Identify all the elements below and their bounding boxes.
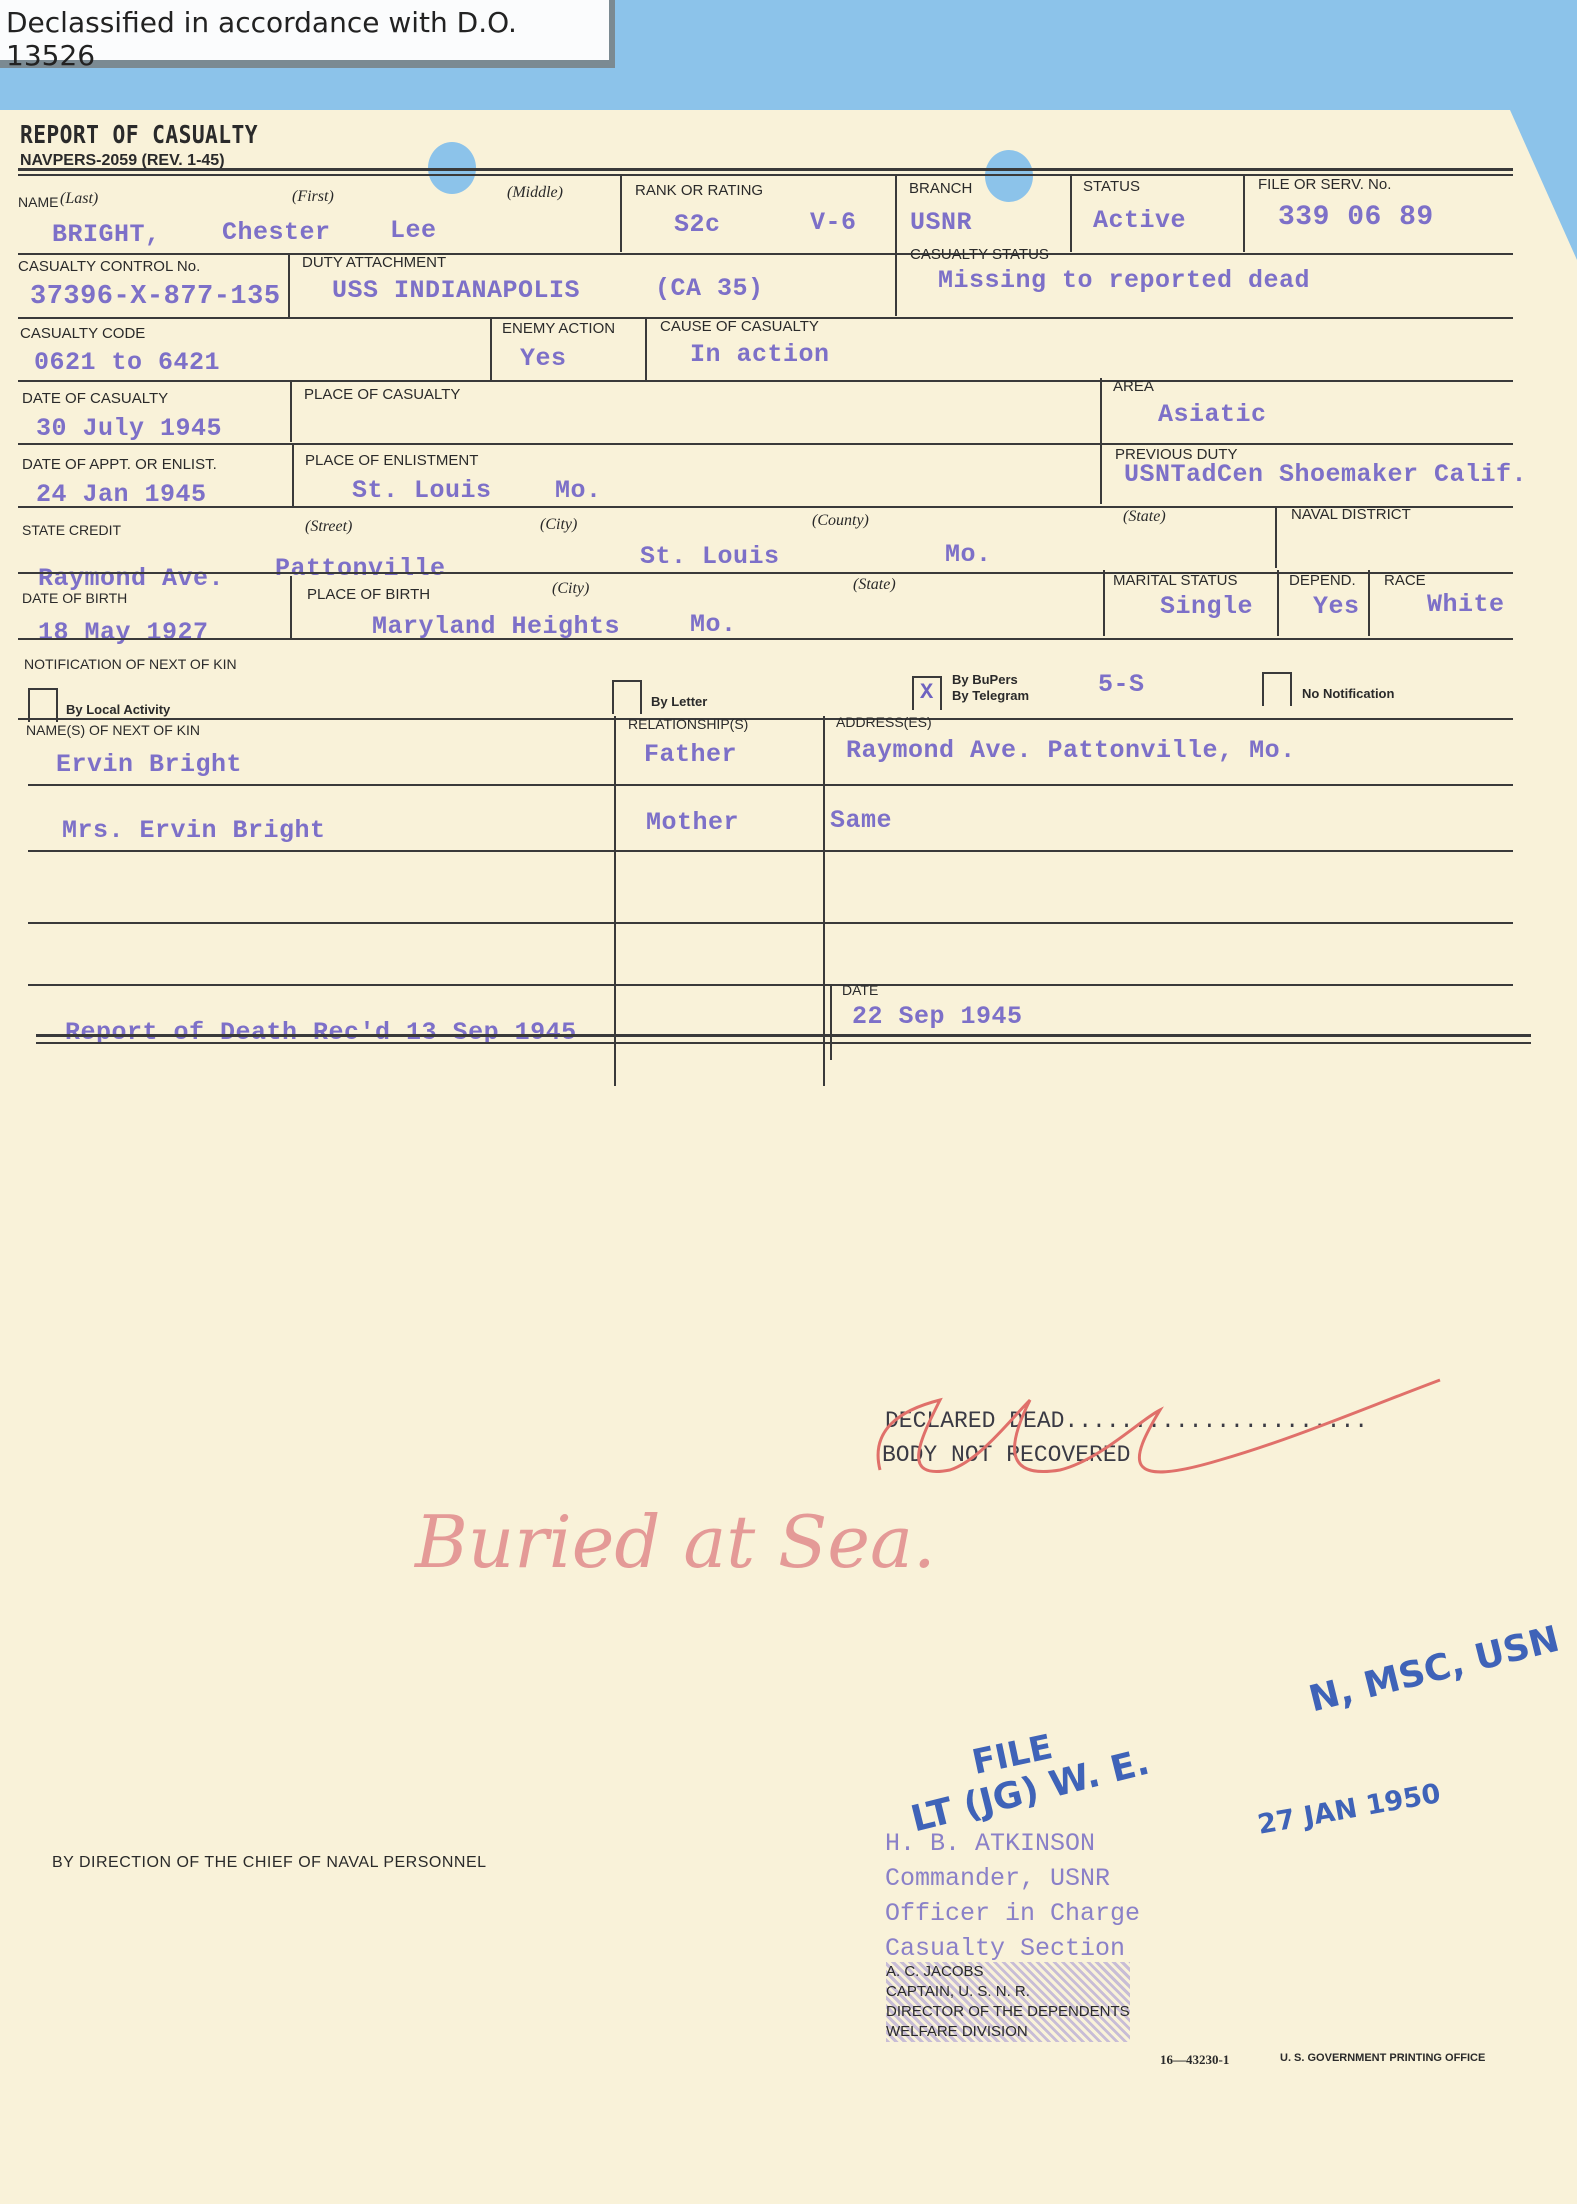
label-state: (State) — [1123, 508, 1166, 526]
checkbox-by-letter[interactable] — [612, 680, 642, 714]
label-by-telegram: By Telegram — [952, 688, 1029, 703]
nok-relationship: Father — [644, 740, 737, 769]
value-notification-code: 5-S — [1098, 670, 1145, 699]
printed-signer-line: WELFARE DIVISION — [886, 2022, 1130, 2042]
label-area: AREA — [1113, 378, 1154, 395]
label-by-bupers: By BuPers — [952, 672, 1018, 687]
label-file-no: FILE OR SERV. No. — [1258, 176, 1391, 193]
label-pob-state: (State) — [853, 576, 896, 594]
label-nok-names: NAME(S) OF NEXT OF KIN — [26, 722, 200, 738]
casualty-report-form: REPORT OF CASUALTY NAVPERS-2059 (REV. 1-… — [0, 110, 1577, 2204]
signer-line: Officer in Charge — [885, 1896, 1140, 1931]
label-street: (Street) — [305, 518, 352, 536]
value-last-name: BRIGHT, — [52, 220, 161, 249]
value-sc-city: Pattonville — [275, 554, 446, 583]
value-previous-duty: USNTadCen Shoemaker Calif. — [1124, 460, 1527, 489]
punch-hole-right — [985, 150, 1033, 202]
print-code: 16—43230-1 — [1160, 2052, 1229, 2068]
label-date: DATE — [842, 982, 878, 998]
value-date-enlist: 24 Jan 1945 — [36, 480, 207, 509]
label-dob: DATE OF BIRTH — [22, 590, 127, 606]
checkbox-no-notification[interactable] — [1262, 672, 1292, 706]
label-depend: DEPEND. — [1289, 572, 1356, 589]
label-branch: BRANCH — [909, 180, 972, 197]
value-middle-name: Lee — [390, 216, 437, 245]
label-pob: PLACE OF BIRTH — [307, 586, 430, 603]
value-first-name: Chester — [222, 218, 331, 247]
label-enemy-action: ENEMY ACTION — [502, 320, 615, 337]
label-rank: RANK OR RATING — [635, 182, 763, 199]
value-duty-hull: (CA 35) — [655, 274, 764, 303]
value-casualty-code: 0621 to 6421 — [34, 348, 220, 377]
label-by-local: By Local Activity — [66, 702, 170, 717]
value-sc-street: Raymond Ave. — [38, 564, 224, 593]
signer-line: H. B. ATKINSON — [885, 1826, 1140, 1861]
label-date-enlist: DATE OF APPT. OR ENLIST. — [22, 456, 217, 473]
label-duty-attachment: DUTY ATTACHMENT — [302, 254, 446, 271]
value-place-enlist-state: Mo. — [555, 476, 602, 505]
label-pob-city: (City) — [552, 580, 589, 598]
printed-signer-block: A. C. JACOBS CAPTAIN, U. S. N. R. DIRECT… — [886, 1962, 1130, 2042]
label-casualty-code: CASUALTY CODE — [20, 325, 145, 342]
value-enemy-action: Yes — [520, 344, 567, 373]
value-sc-state: Mo. — [945, 540, 992, 569]
label-race: RACE — [1384, 572, 1426, 589]
value-sc-county: St. Louis — [640, 542, 780, 571]
value-area: Asiatic — [1158, 400, 1267, 429]
value-pob-city: Maryland Heights — [372, 612, 620, 641]
label-place-casualty: PLACE OF CASUALTY — [304, 386, 460, 403]
label-county: (County) — [812, 512, 869, 530]
signer-line: Casualty Section — [885, 1931, 1140, 1966]
label-city: (City) — [540, 516, 577, 534]
value-casualty-status: Missing to reported dead — [938, 266, 1310, 295]
printed-signer-line: CAPTAIN, U. S. N. R. — [886, 1982, 1130, 2002]
red-pencil-scribble-icon — [860, 1340, 1460, 1490]
value-pob-state: Mo. — [690, 610, 737, 639]
label-relationships: RELATIONSHIP(S) — [628, 716, 748, 732]
value-date-casualty: 30 July 1945 — [36, 414, 222, 443]
label-place-enlist: PLACE OF ENLISTMENT — [305, 452, 478, 469]
value-marital: Single — [1160, 592, 1253, 621]
value-race: White — [1427, 590, 1505, 619]
nok-name: Mrs. Ervin Bright — [62, 816, 326, 845]
checkbox-by-bupers-telegram[interactable] — [912, 676, 942, 710]
checkbox-by-local[interactable] — [28, 688, 58, 722]
printer-text: U. S. GOVERNMENT PRINTING OFFICE — [1280, 2052, 1485, 2064]
form-title: REPORT OF CASUALTY — [20, 120, 258, 149]
label-middle: (Middle) — [507, 184, 563, 202]
value-casualty-control: 37396-X-877-135 — [30, 282, 281, 312]
stamp-date: 27 JAN 1950 — [1255, 1778, 1443, 1841]
label-marital: MARITAL STATUS — [1113, 572, 1237, 589]
value-rank: S2c — [674, 210, 721, 239]
label-notification: NOTIFICATION OF NEXT OF KIN — [24, 656, 237, 672]
printed-signer-line: DIRECTOR OF THE DEPENDENTS — [886, 2002, 1130, 2022]
printed-signer-line: A. C. JACOBS — [886, 1962, 1130, 1982]
banner-text: Declassified in accordance with D.O. 135… — [6, 6, 609, 72]
label-cause: CAUSE OF CASUALTY — [660, 318, 819, 335]
value-duty-attachment: USS INDIANAPOLIS — [332, 276, 580, 305]
handwritten-buried-at-sea: Buried at Sea. — [415, 1500, 936, 1584]
label-state-credit: STATE CREDIT — [22, 522, 121, 538]
label-status: STATUS — [1083, 178, 1140, 195]
value-status: Active — [1093, 206, 1186, 235]
signer-block: H. B. ATKINSON Commander, USNR Officer i… — [885, 1826, 1140, 1966]
nok-address: Same — [830, 806, 892, 835]
value-rank-class: V-6 — [810, 208, 857, 237]
label-name: NAME — [18, 194, 58, 210]
nok-address: Raymond Ave. Pattonville, Mo. — [846, 736, 1296, 765]
declassification-banner: Declassified in accordance with D.O. 135… — [0, 0, 615, 68]
direction-text: BY DIRECTION OF THE CHIEF OF NAVAL PERSO… — [52, 1854, 487, 1872]
value-dob: 18 May 1927 — [38, 618, 209, 647]
value-file-no: 339 06 89 — [1278, 202, 1434, 233]
label-naval-district: NAVAL DISTRICT — [1291, 506, 1411, 523]
label-casualty-status: CASUALTY STATUS — [910, 246, 1049, 263]
signer-line: Commander, USNR — [885, 1861, 1140, 1896]
label-by-letter: By Letter — [651, 694, 707, 709]
value-depend: Yes — [1313, 592, 1360, 621]
label-no-notification: No Notification — [1302, 686, 1394, 701]
label-casualty-control: CASUALTY CONTROL No. — [18, 258, 200, 275]
stamp-officer-tail: N, MSC, USN — [1305, 1619, 1563, 1721]
label-first: (First) — [292, 188, 334, 206]
nok-name: Ervin Bright — [56, 750, 242, 779]
value-cause: In action — [690, 340, 830, 369]
label-last: (Last) — [60, 190, 98, 208]
value-place-enlist-city: St. Louis — [352, 476, 492, 505]
label-addresses: ADDRESS(ES) — [836, 714, 932, 730]
label-date-casualty: DATE OF CASUALTY — [22, 390, 168, 407]
nok-relationship: Mother — [646, 808, 739, 837]
value-branch: USNR — [910, 208, 972, 237]
value-report-date: 22 Sep 1945 — [852, 1002, 1023, 1031]
